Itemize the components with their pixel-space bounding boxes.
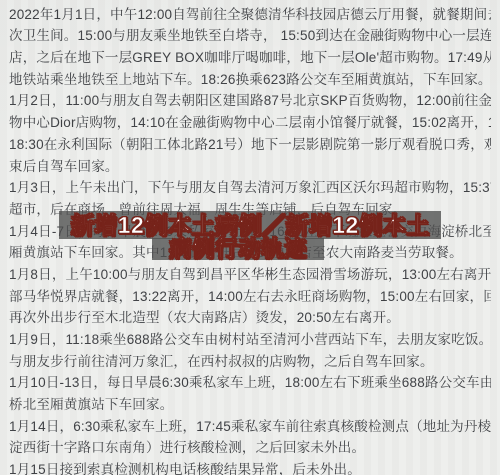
body-line: 1月2日，11:00与朋友自驾去朝阳区建国路87号北京SKP百货购物，12:00…	[9, 90, 491, 112]
body-line: 淀西街十字路口东南角）进行核酸检测，之后回家未外出。	[9, 437, 491, 459]
body-line: 1月3日，上午未出门，下午与朋友自驾去清河万象汇西区沃尔玛超市购物，15:37离…	[9, 177, 491, 199]
body-line: 18:30在永利国际（朝阳工体北路21号）地下一层影剧院第一影厅观看脱口秀，观演…	[9, 134, 491, 156]
body-line: 部马华悦界店就餐，13:22离开，14:00左右去永旺商场购物，15:00左右回…	[9, 286, 491, 308]
body-line: 1月14日，6:30乘私家车上班，17:45乘私家车前往索真核酸检测点（地址为丹…	[9, 416, 491, 438]
article-screenshot: 新增病例行动轨迹如下： 2022年1月1日，中午12:00自驾前往全聚德清华科技…	[0, 0, 500, 475]
body-line: 地铁站乘坐地铁至上地站下车。18:26换乘623路公交车至厢黄旗站，下车回家。	[9, 69, 491, 91]
body-line: 1月8日，上午10:00与朋友自驾到昌平区华彬生态园滑雪场游玩，13:00左右离…	[9, 264, 491, 286]
body-line: 束后自驾车回家。	[9, 156, 491, 178]
body-line: 与朋友步行前往清河万象汇，在西村叔叔的店购物，之后自驾车回家。	[9, 351, 491, 373]
body-line: 次卫生间。15:00与朋友乘坐地铁至白塔寺， 15:50到达在金融街购物中心一层…	[9, 25, 491, 47]
body-line: 1月15日接到索真检测机构电话核酸结果异常，后未外出。	[9, 459, 491, 475]
body-line: 1月9日，11:18乘坐688路公交车由树村站至清河小营西站下车，去朋友家吃饭。…	[9, 329, 491, 351]
body-line: 再次外出步行至木北造型（农大南路店）烫发，20:50左右离开。	[9, 307, 491, 329]
watermark-overlay: 新增12例本土病例／新增12例本土 病例行动轨迹	[0, 211, 500, 261]
body-line: 物中心Dior店购物，14:10在金融街购物中心二层南小馆餐厅就餐，15:02离…	[9, 112, 491, 134]
body-line: 2022年1月1日，中午12:00自驾前往全聚德清华科技园店德云厅用餐，就餐期间…	[9, 4, 491, 26]
body-line: 店，之后在地下一层GREY BOX咖啡厅喝咖啡，地下一层Ole'超市购物。17:…	[9, 47, 491, 69]
watermark-title-line2: 病例行动轨迹	[152, 238, 324, 260]
body-line: 桥北至厢黄旗站下车回家。	[9, 394, 491, 416]
watermark-title-line1: 新增12例本土病例／新增12例本土	[59, 211, 442, 239]
watermark-line2-row: 病例行动轨迹	[0, 238, 500, 261]
body-line: 1月10日-13日，每日早晨6:30乘私家车上班，18:00左右下班乘坐688路…	[9, 372, 491, 394]
